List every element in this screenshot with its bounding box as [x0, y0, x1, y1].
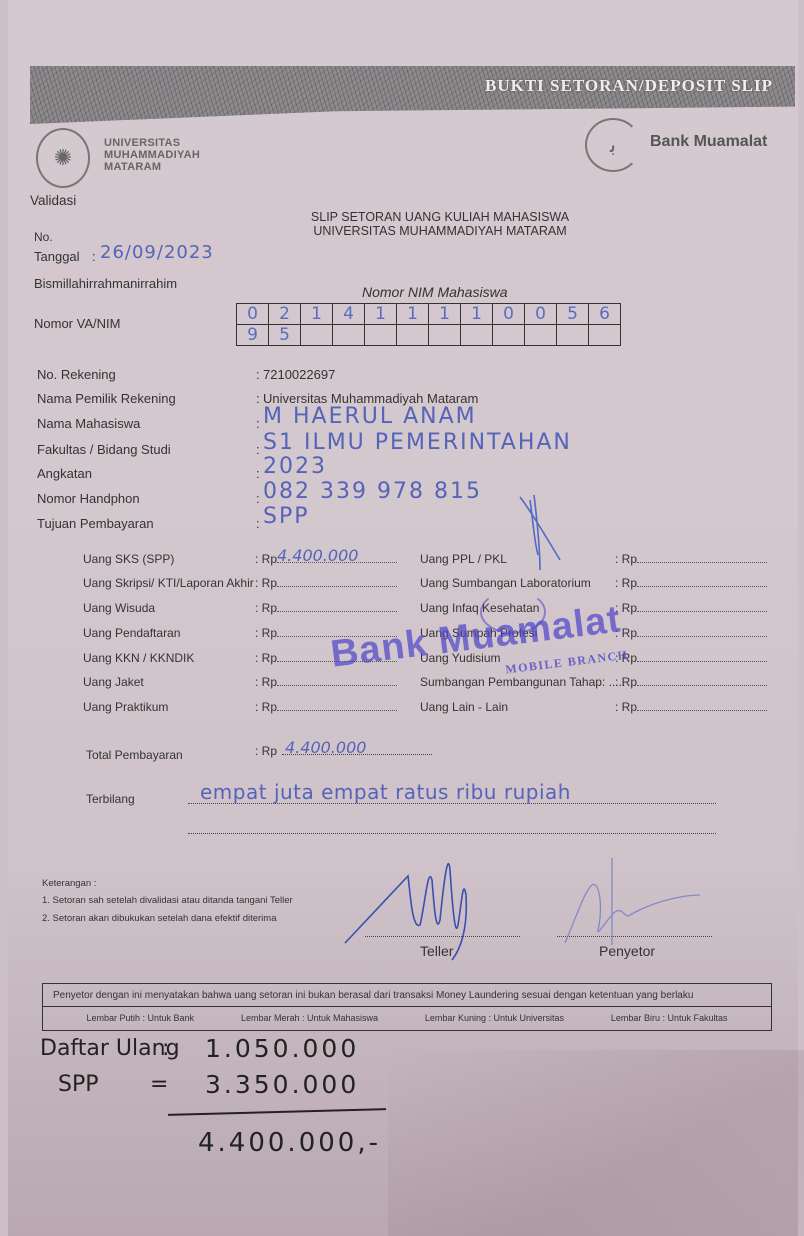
- copy-item: Lembar Kuning : Untuk Universitas: [425, 1013, 564, 1023]
- teller-signature: [345, 864, 466, 960]
- calc-equals: =: [150, 1072, 168, 1097]
- copy-distribution: Lembar Putih : Untuk Bank Lembar Merah :…: [43, 1007, 771, 1029]
- money-laundering-declaration: Penyetor dengan ini menyatakan bahwa uan…: [43, 984, 771, 1007]
- calc-total: 4.400.000,-: [198, 1128, 381, 1158]
- declaration-box: Penyetor dengan ini menyatakan bahwa uan…: [42, 983, 772, 1031]
- copy-item: Lembar Putih : Untuk Bank: [86, 1013, 194, 1023]
- calc-label: Daftar Ulang: [40, 1036, 180, 1061]
- calc-value: 3.350.000: [205, 1070, 359, 1099]
- copy-item: Lembar Biru : Untuk Fakultas: [611, 1013, 728, 1023]
- copy-item: Lembar Merah : Untuk Mahasiswa: [241, 1013, 378, 1023]
- calc-value: 1.050.000: [205, 1034, 359, 1063]
- calc-equals: :: [162, 1036, 169, 1061]
- penyetor-signature: [565, 858, 700, 945]
- field-signature: [520, 495, 560, 570]
- calc-label: SPP: [58, 1072, 99, 1097]
